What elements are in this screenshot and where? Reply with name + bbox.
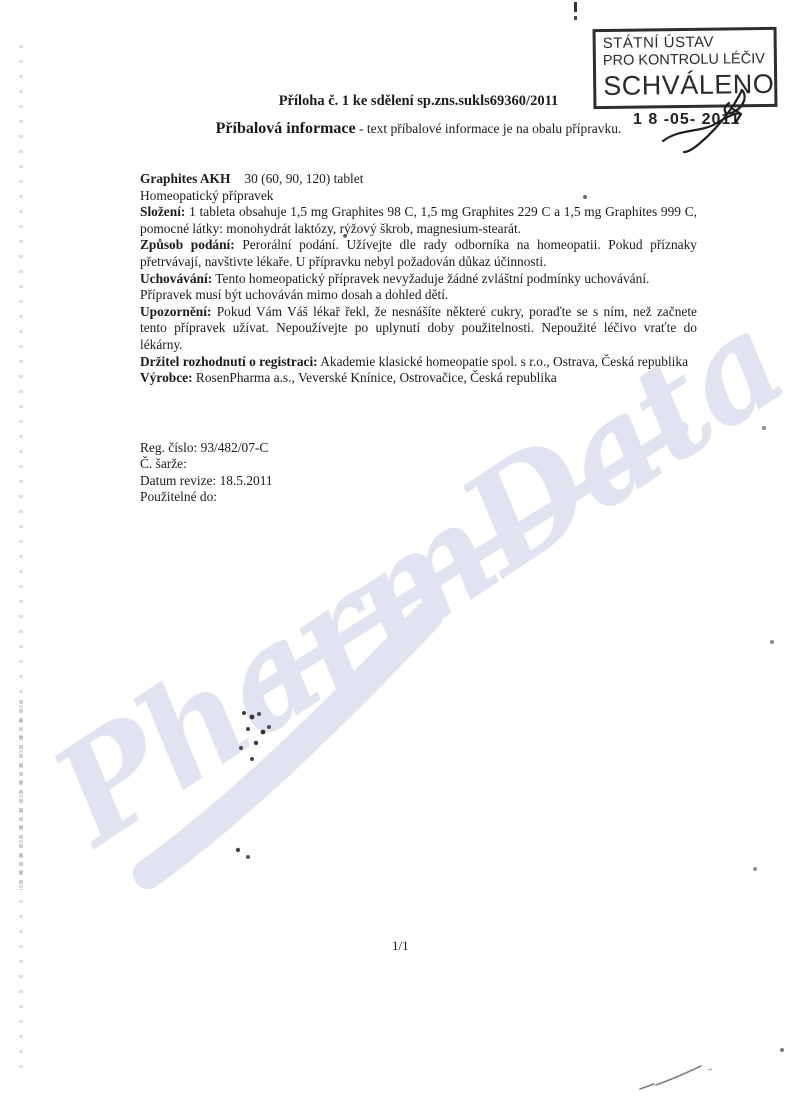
paragraph-text: 1 tableta obsahuje 1,5 mg Graphites 98 C… xyxy=(140,204,697,236)
pen-scratch-mark xyxy=(0,0,800,1100)
paragraph-zpusob-podani: Způsob podání: Perorální podání. Užívejt… xyxy=(140,237,697,270)
paragraph-text: Akademie klasické homeopatie spol. s r.o… xyxy=(318,354,688,369)
product-name-line: Graphites AKH30 (60, 90, 120) tablet xyxy=(140,171,697,188)
signature-mark xyxy=(0,0,800,1100)
paragraph-label: Způsob podání: xyxy=(140,237,235,252)
approval-stamp-box: STÁTNÍ ÚSTAV PRO KONTROLU LÉČIV SCHVÁLEN… xyxy=(593,27,778,109)
batch-number-line: Č. šarže: xyxy=(140,456,273,472)
stamp-approved-text: SCHVÁLENO xyxy=(603,69,768,101)
product-type-line: Homeopatický přípravek xyxy=(140,188,697,205)
paragraph-uchovavani: Uchovávání: Tento homeopatický přípravek… xyxy=(140,271,697,288)
product-name: Graphites AKH xyxy=(140,171,230,186)
page-number: 1/1 xyxy=(392,938,409,954)
paragraph-label: Upozornění: xyxy=(140,304,211,319)
watermark-swash xyxy=(0,0,800,1100)
document-title-bold: Příbalová informace xyxy=(216,120,356,137)
paragraph-text: RosenPharma a.s., Veverské Knínice, Ostr… xyxy=(193,370,557,385)
scan-top-tick-dot xyxy=(574,16,577,20)
paragraph-label: Složení: xyxy=(140,204,185,219)
paragraph-text: Pokud Vám Váš lékař řekl, že nesnášíte n… xyxy=(140,304,697,352)
scan-speckles xyxy=(0,0,2,2)
document-title: Příbalová informace - text příbalové inf… xyxy=(130,120,707,138)
paragraph-label: Uchovávání: xyxy=(140,271,212,286)
scan-margin-dashes xyxy=(19,45,23,1080)
reg-number-line: Reg. číslo: 93/482/07-C xyxy=(140,440,273,456)
registration-block: Reg. číslo: 93/482/07-C Č. šarže: Datum … xyxy=(140,440,273,506)
paragraph-upozorneni: Upozornění: Pokud Vám Váš lékař řekl, že… xyxy=(140,304,697,354)
paragraph-vyrobce: Výrobce: RosenPharma a.s., Veverské Knín… xyxy=(140,370,697,387)
stamp-authority-line2: PRO KONTROLU LÉČIV xyxy=(603,51,768,70)
leaflet-body: Graphites AKH30 (60, 90, 120) tablet Hom… xyxy=(140,171,697,387)
stamp-date: 1 8 -05- 2011 xyxy=(633,111,740,129)
paragraph-text: Přípravek musí být uchováván mimo dosah … xyxy=(140,287,448,302)
paragraph-slozeni: Složení: 1 tableta obsahuje 1,5 mg Graph… xyxy=(140,204,697,237)
paragraph-drzitel: Držitel rozhodnutí o registraci: Akademi… xyxy=(140,354,697,371)
scanned-document-page: PharmData s.r.o. STÁTNÍ ÚSTAV PRO KONTRO… xyxy=(0,0,800,1100)
document-title-rest: - text příbalové informace je na obalu p… xyxy=(356,121,622,136)
scan-top-tick-mark xyxy=(574,2,577,12)
paragraph-text: Tento homeopatický přípravek nevyžaduje … xyxy=(212,271,649,286)
product-pack-size: 30 (60, 90, 120) tablet xyxy=(244,171,363,186)
stamp-authority-line1: STÁTNÍ ÚSTAV xyxy=(603,33,768,53)
revision-date-line: Datum revize: 18.5.2011 xyxy=(140,473,273,489)
paragraph-mimo-dosah: Přípravek musí být uchováván mimo dosah … xyxy=(140,287,697,304)
scan-margin-dashes-dark xyxy=(19,700,23,890)
expiry-line: Použitelné do: xyxy=(140,489,273,505)
paragraph-label: Výrobce: xyxy=(140,370,193,385)
paragraph-label: Držitel rozhodnutí o registraci: xyxy=(140,354,318,369)
